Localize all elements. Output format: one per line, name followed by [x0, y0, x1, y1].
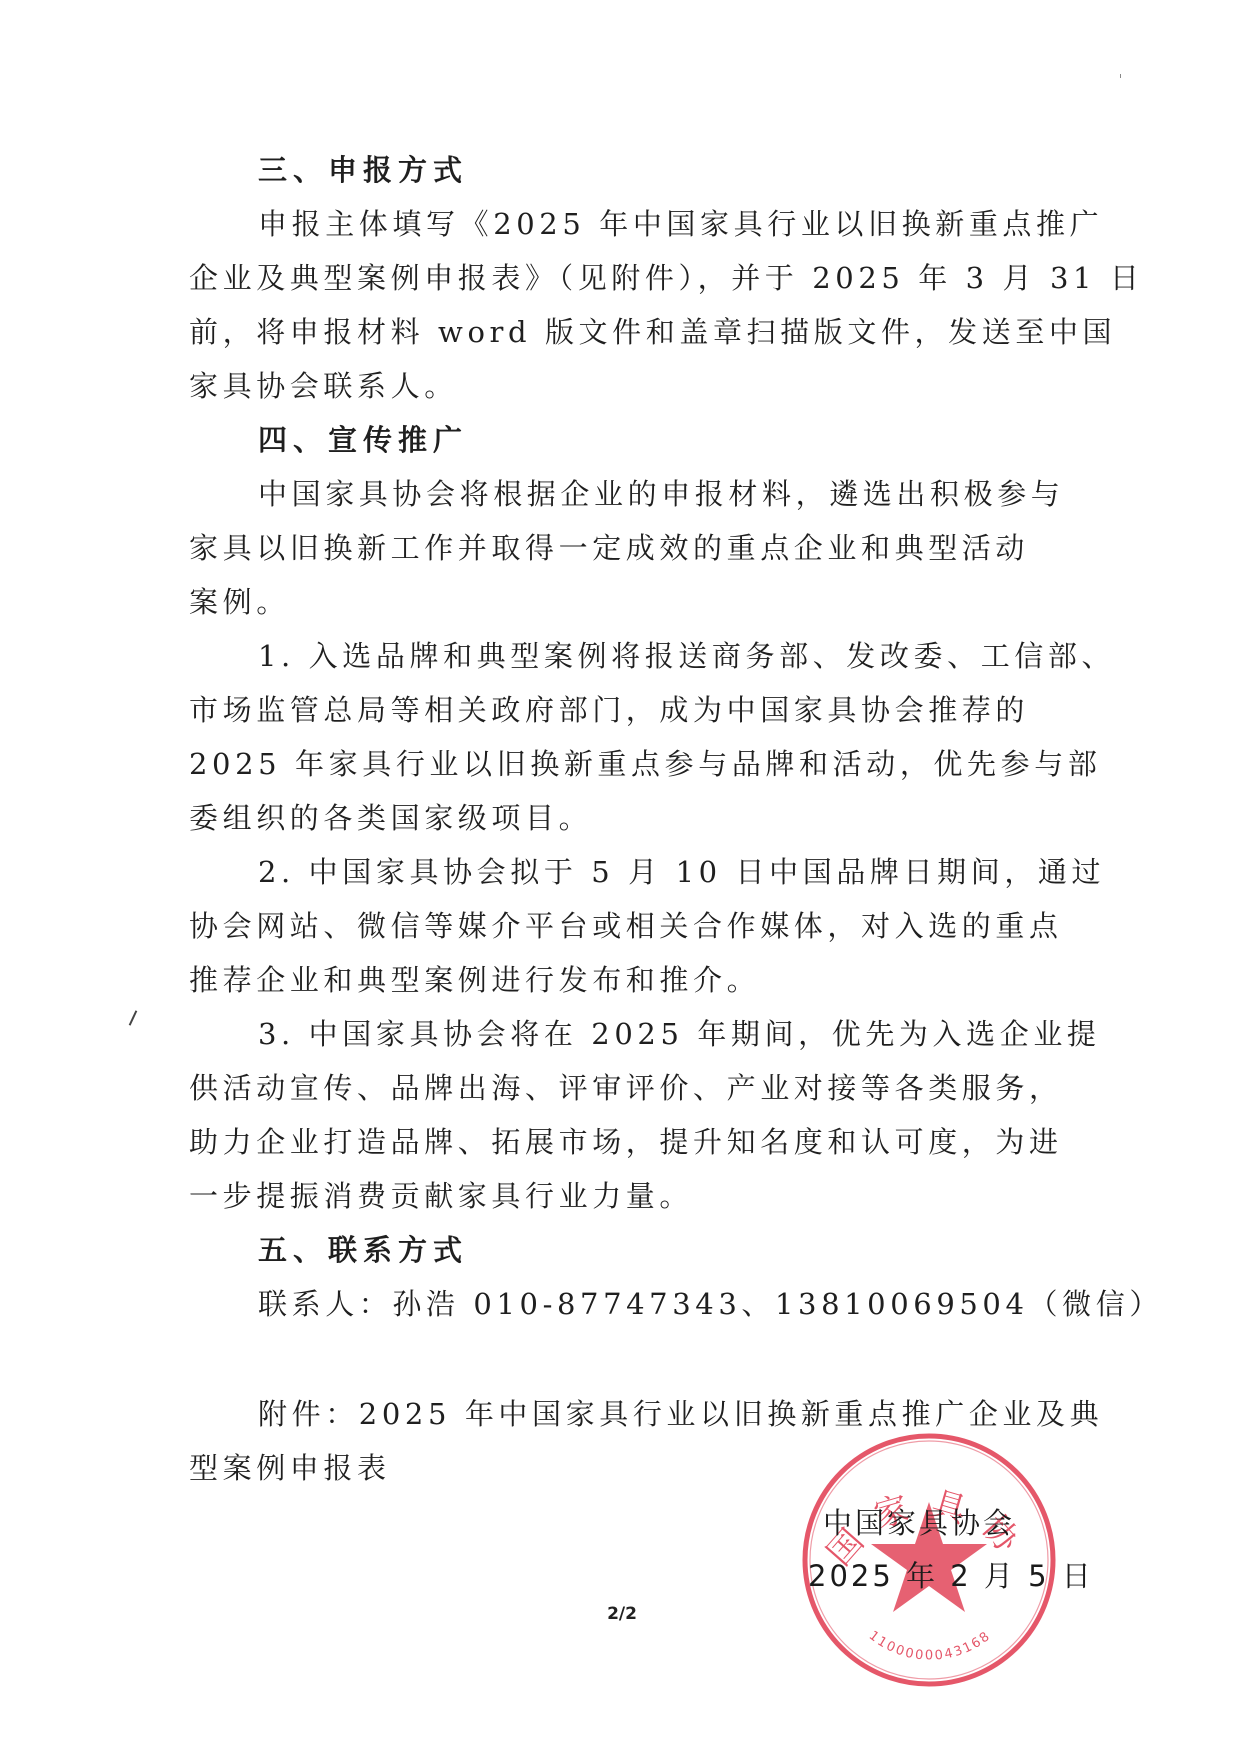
list-item-3: 3. 中国家具协会将在 2025 年期间，优先为入选企业提	[258, 1014, 1128, 1054]
list-item-2: 2. 中国家具协会拟于 5 月 10 日中国品牌日期间，通过	[258, 852, 1128, 892]
signature-date: 2025 年 2 月 5 日	[808, 1556, 1094, 1596]
page-number: 2/2	[600, 1604, 644, 1624]
body-text-line: 2025 年家具行业以旧换新重点参与品牌和活动，优先参与部	[189, 744, 1059, 784]
body-text-line: 申报主体填写《2025 年中国家具行业以旧换新重点推广	[258, 204, 1128, 244]
body-text-line: 家具协会联系人。	[189, 366, 1059, 406]
body-text-line: 助力企业打造品牌、拓展市场，提升知名度和认可度，为进	[189, 1122, 1059, 1162]
body-text-line: 协会网站、微信等媒介平台或相关合作媒体，对入选的重点	[189, 906, 1059, 946]
body-text-line: 企业及典型案例申报表》（见附件），并于 2025 年 3 月 31 日	[189, 258, 1059, 298]
body-text-line: 推荐企业和典型案例进行发布和推介。	[189, 960, 1059, 1000]
scan-mark	[129, 1010, 138, 1025]
section-heading-contact: 五、联系方式	[258, 1230, 1128, 1270]
body-text-line: 市场监管总局等相关政府部门，成为中国家具协会推荐的	[189, 690, 1059, 730]
section-heading-promotion: 四、宣传推广	[258, 420, 1128, 460]
body-text-line: 案例。	[189, 582, 1059, 622]
body-text-line: 中国家具协会将根据企业的申报材料，遴选出积极参与	[258, 474, 1128, 514]
scan-mark	[1120, 74, 1121, 78]
body-text-line: 供活动宣传、品牌出海、评审评价、产业对接等各类服务，	[189, 1068, 1059, 1108]
list-item-1: 1. 入选品牌和典型案例将报送商务部、发改委、工信部、	[258, 636, 1128, 676]
signature-organization: 中国家具协会	[823, 1503, 1015, 1543]
section-heading-application-method: 三、申报方式	[258, 150, 1128, 190]
body-text-line: 一步提振消费贡献家具行业力量。	[189, 1176, 1059, 1216]
body-text-line: 家具以旧换新工作并取得一定成效的重点企业和典型活动	[189, 528, 1059, 568]
body-text-line: 前，将申报材料 word 版文件和盖章扫描版文件，发送至中国	[189, 312, 1059, 352]
contact-line: 联系人：孙浩 010-87747343、13810069504（微信）	[258, 1284, 1128, 1324]
body-text-line: 委组织的各类国家级项目。	[189, 798, 1059, 838]
svg-text:1100000043168: 1100000043168	[866, 1628, 994, 1663]
attachment-line: 附件：2025 年中国家具行业以旧换新重点推广企业及典	[258, 1394, 1128, 1434]
